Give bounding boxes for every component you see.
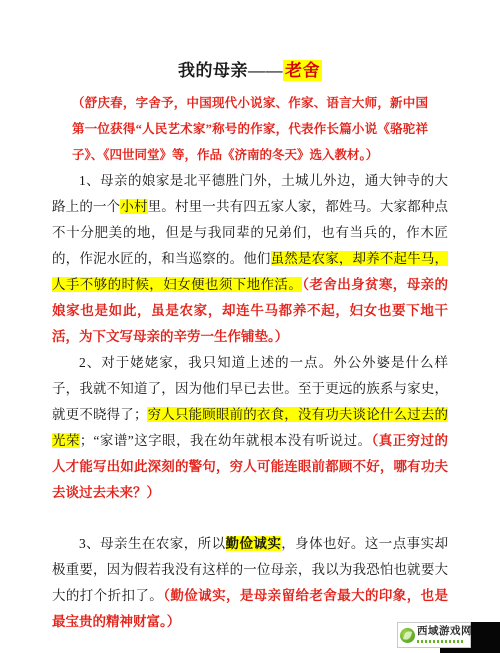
watermark-text-column: 西域游戏网 xyxy=(417,627,472,643)
page-title: 我的母亲——老舍 xyxy=(52,56,448,81)
watermark-subtext-strip xyxy=(417,640,465,643)
title-author-highlight: 老舍 xyxy=(283,60,322,81)
title-text: 我的母亲—— xyxy=(178,61,283,80)
watermark-label: 西域游戏网 xyxy=(397,622,471,648)
paragraph-2: 2、对于姥姥家，我只知道上述的一点。外公外婆是什么样子，我就不知道了，因为他们早… xyxy=(52,350,448,506)
watermark-site-name: 西域游戏网 xyxy=(417,627,472,638)
paragraph-3: 3、母亲生在农家，所以勤俭诚实，身体也好。这一点事实却极重要，因为假若我没有这样… xyxy=(52,531,448,635)
text-run-normal: ；“家谱”这字眼，我在幼年就根本没有听说过。 xyxy=(80,433,372,448)
watermark-leaf-logo-icon xyxy=(400,628,415,643)
text-run-normal: 3、母亲生在农家，所以 xyxy=(79,536,226,551)
text-run-highlight: 小村 xyxy=(120,199,147,214)
paragraph-1: 1、母亲的娘家是北平德胜门外，土城儿外边，通大钟寺的大路上的一个小村里。村里一共… xyxy=(52,168,448,350)
author-intro-annotation: （舒庆春，字舍予，中国现代小说家、作家、语言大师，新中国第一位获得“人民艺术家”… xyxy=(72,90,428,168)
document-body: 我的母亲——老舍 （舒庆春，字舍予，中国现代小说家、作家、语言大师，新中国第一位… xyxy=(0,0,500,635)
document-page: { "page": { "title": { "prefix": "我的母亲——… xyxy=(0,0,500,653)
text-run-highlight-bold: 勤俭诚实 xyxy=(226,536,282,551)
